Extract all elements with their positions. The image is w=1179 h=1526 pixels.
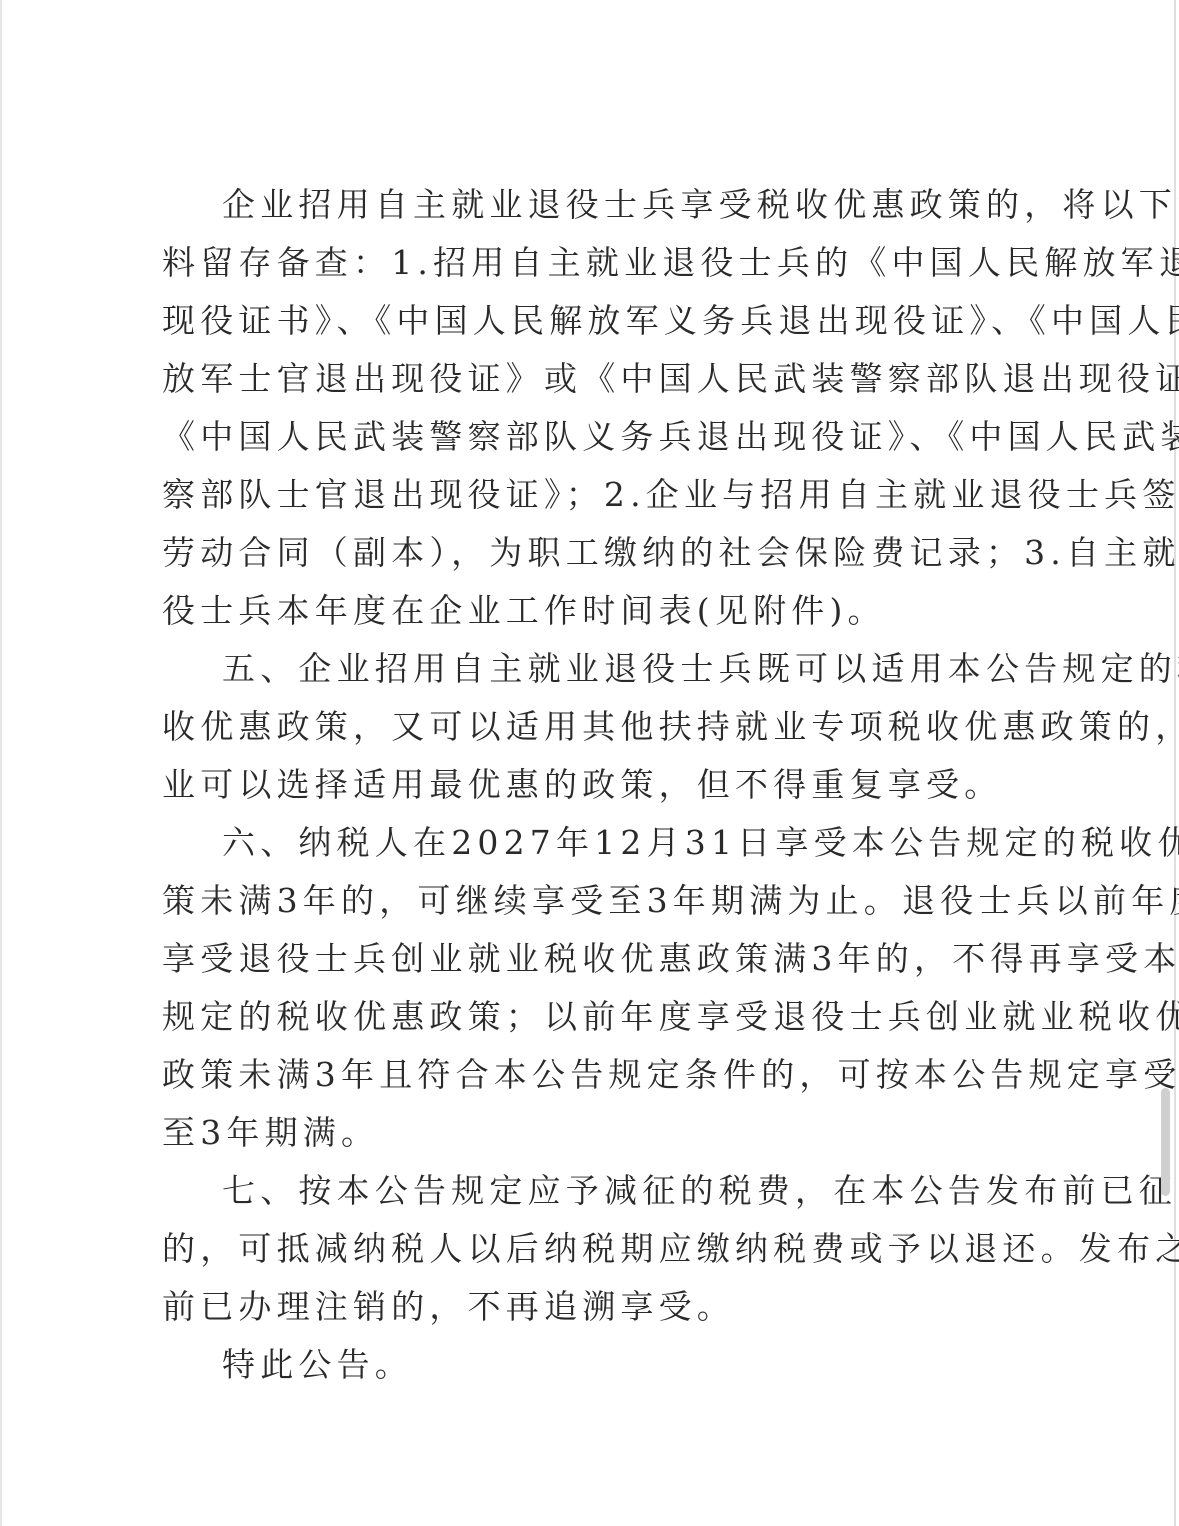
text-line: 前已办理注销的，不再追溯享受。	[162, 1278, 1046, 1336]
paragraph-article-5: 五、企业招用自主就业退役士兵既可以适用本公告规定的税 收优惠政策，又可以适用其他…	[162, 640, 1046, 814]
page-edge-left	[0, 0, 2, 1526]
text-line: 五、企业招用自主就业退役士兵既可以适用本公告规定的税	[162, 640, 1046, 698]
paragraph-records: 企业招用自主就业退役士兵享受税收优惠政策的，将以下资 料留存备查：1.招用自主就…	[162, 176, 1046, 640]
paragraph-article-6: 六、纳税人在2027年12月31日享受本公告规定的税收优惠政 策未满3年的，可继…	[162, 814, 1046, 1162]
text-line: 现役证书》、《中国人民解放军义务兵退出现役证》、《中国人民解	[162, 292, 1046, 350]
text-line: 料留存备查：1.招用自主就业退役士兵的《中国人民解放军退出	[162, 234, 1046, 292]
closing-line: 特此公告。	[162, 1336, 1046, 1394]
text-line: 的，可抵减纳税人以后纳税期应缴纳税费或予以退还。发布之日	[162, 1220, 1046, 1278]
text-line: 察部队士官退出现役证》；2.企业与招用自主就业退役士兵签订的	[162, 466, 1046, 524]
text-line: 享受退役士兵创业就业税收优惠政策满3年的，不得再享受本公告	[162, 930, 1046, 988]
text-line: 六、纳税人在2027年12月31日享受本公告规定的税收优惠政	[162, 814, 1046, 872]
scrollbar-thumb[interactable]	[1161, 1088, 1170, 1196]
text-line: 至3年期满。	[162, 1104, 1046, 1162]
text-line: 策未满3年的，可继续享受至3年期满为止。退役士兵以前年度已	[162, 872, 1046, 930]
text-line: 七、按本公告规定应予减征的税费，在本公告发布前已征收	[162, 1162, 1046, 1220]
text-line: 业可以选择适用最优惠的政策，但不得重复享受。	[162, 756, 1046, 814]
vertical-scrollbar[interactable]	[1160, 0, 1172, 1526]
text-line: 收优惠政策，又可以适用其他扶持就业专项税收优惠政策的，企	[162, 698, 1046, 756]
text-line: 《中国人民武装警察部队义务兵退出现役证》、《中国人民武装警	[162, 408, 1046, 466]
page-edge-right	[1174, 0, 1176, 1526]
text-line: 政策未满3年且符合本公告规定条件的，可按本公告规定享受优惠	[162, 1046, 1046, 1104]
paragraph-article-7: 七、按本公告规定应予减征的税费，在本公告发布前已征收 的，可抵减纳税人以后纳税期…	[162, 1162, 1046, 1336]
text-line: 放军士官退出现役证》或《中国人民武装警察部队退出现役证书》、	[162, 350, 1046, 408]
paragraph-closing: 特此公告。	[162, 1336, 1046, 1394]
document-body: 企业招用自主就业退役士兵享受税收优惠政策的，将以下资 料留存备查：1.招用自主就…	[162, 176, 1046, 1394]
text-line: 役士兵本年度在企业工作时间表(见附件)。	[162, 582, 1046, 640]
text-line: 企业招用自主就业退役士兵享受税收优惠政策的，将以下资	[162, 176, 1046, 234]
text-line: 劳动合同（副本），为职工缴纳的社会保险费记录；3.自主就业退	[162, 524, 1046, 582]
text-line: 规定的税收优惠政策；以前年度享受退役士兵创业就业税收优惠	[162, 988, 1046, 1046]
